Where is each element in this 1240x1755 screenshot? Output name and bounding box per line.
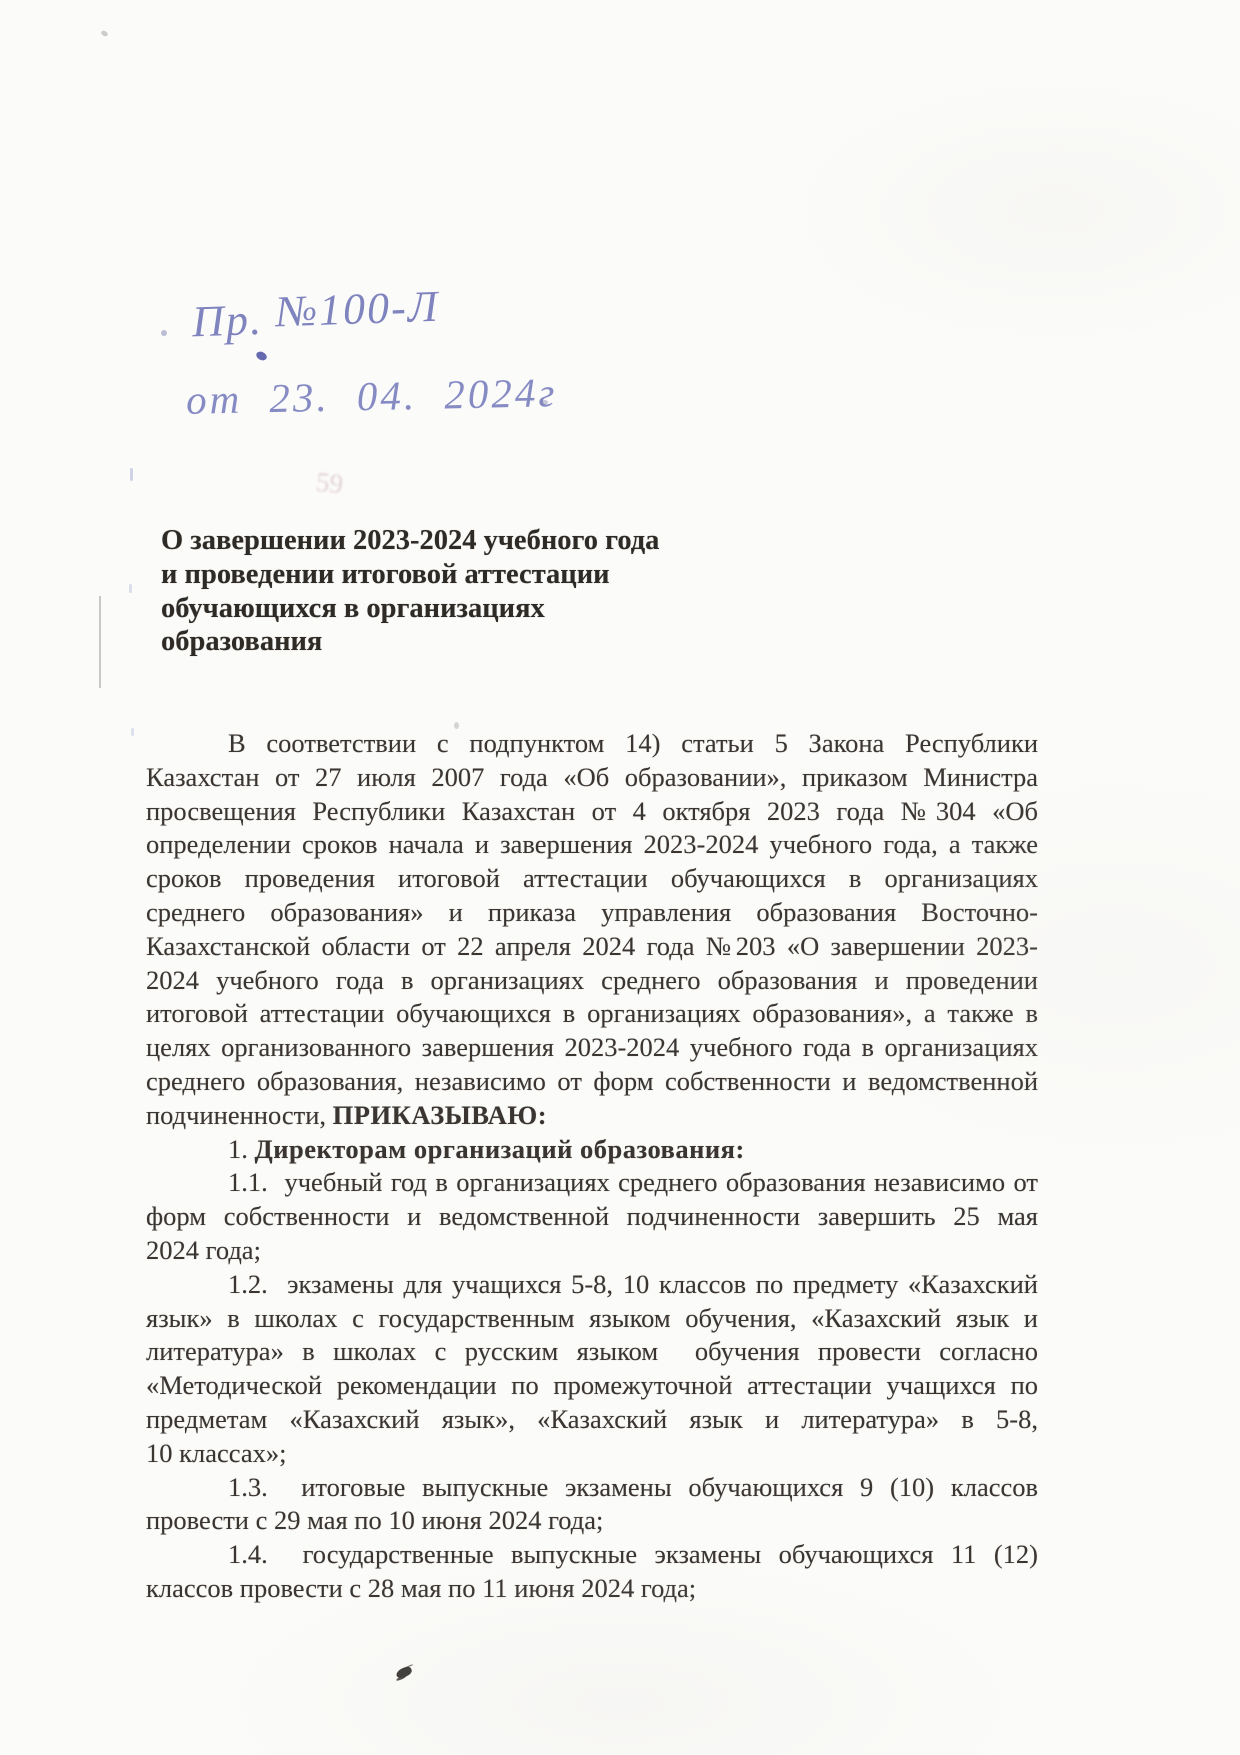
body-line: подчиненности, ПРИКАЗЫВАЮ: [146, 1099, 1038, 1133]
dust-speck [100, 30, 109, 38]
body-line: определении сроков начала и завершения 2… [146, 828, 1038, 862]
body-line: «Методической рекомендации по промежуточ… [146, 1369, 1038, 1403]
body-line: 1. Директорам организаций образования: [146, 1133, 1038, 1167]
handwritten-date: от 23. 04. 2024г [186, 368, 558, 424]
body-line: 1.3. итоговые выпускные экзамены обучающ… [146, 1471, 1038, 1505]
body-line: 1.4. государственные выпускные экзамены … [146, 1538, 1038, 1572]
scan-edge-line-artifact [99, 596, 101, 688]
body-line: Казахстанской области от 22 апреля 2024 … [146, 930, 1038, 964]
body-line: 2024 учебного года в организациях средне… [146, 964, 1038, 998]
body-text: В соответствии с подпунктом 14) статьи 5… [146, 727, 1038, 1606]
ink-bleed-mark [130, 468, 133, 481]
body-line: просвещения Республики Казахстан от 4 ок… [146, 795, 1038, 829]
body-line: сроков проведения итоговой аттестации об… [146, 862, 1038, 896]
body-line: 1.1. учебный год в организациях среднего… [146, 1166, 1038, 1200]
body-line: предметам «Казахский язык», «Казахский я… [146, 1403, 1038, 1437]
handwritten-doc-number: №100-Л [275, 282, 441, 337]
body-line: провести с 29 мая по 10 июня 2024 года; [146, 1504, 1038, 1538]
ink-speck [395, 1665, 413, 1679]
body-line: литература» в школах с русским языком об… [146, 1335, 1038, 1369]
title-line: и проведении итоговой аттестации [161, 558, 801, 592]
ink-bleed-mark [129, 584, 132, 593]
title-line: О завершении 2023-2024 учебного года [161, 524, 801, 558]
body-line: язык» в школах с государственным языком … [146, 1302, 1038, 1336]
handwritten-registration-number: Пр. №100-Л [191, 288, 440, 348]
title-line: образования [161, 625, 801, 659]
body-line: целях организованного завершения 2023-20… [146, 1031, 1038, 1065]
scanned-order-document: Пр. №100-Л от 23. 04. 2024г 59 О заверше… [0, 0, 1240, 1755]
ink-bleed-mark [131, 728, 134, 736]
title-line: обучающихся в организациях [161, 592, 801, 626]
body-line: итоговой аттестации обучающихся в органи… [146, 997, 1038, 1031]
body-line: Казахстан от 27 июля 2007 года «Об образ… [146, 761, 1038, 795]
ink-blot [255, 350, 268, 362]
body-line: среднего образования» и приказа управлен… [146, 896, 1038, 930]
body-line: среднего образования, независимо от форм… [146, 1065, 1038, 1099]
body-line: 2024 года; [146, 1234, 1038, 1268]
dust-speck [161, 330, 167, 336]
body-line: В соответствии с подпунктом 14) статьи 5… [146, 727, 1038, 761]
body-line: форм собственности и ведомственной подчи… [146, 1200, 1038, 1234]
faint-stamp-smudge: 59 [314, 467, 344, 501]
handwritten-doc-prefix: Пр. [191, 295, 263, 346]
document-title: О завершении 2023-2024 учебного года и п… [161, 524, 801, 659]
body-line: 1.2. экзамены для учащихся 5-8, 10 класс… [146, 1268, 1038, 1302]
body-line: классов провести с 28 мая по 11 июня 202… [146, 1572, 1038, 1606]
body-line: 10 классах»; [146, 1437, 1038, 1471]
